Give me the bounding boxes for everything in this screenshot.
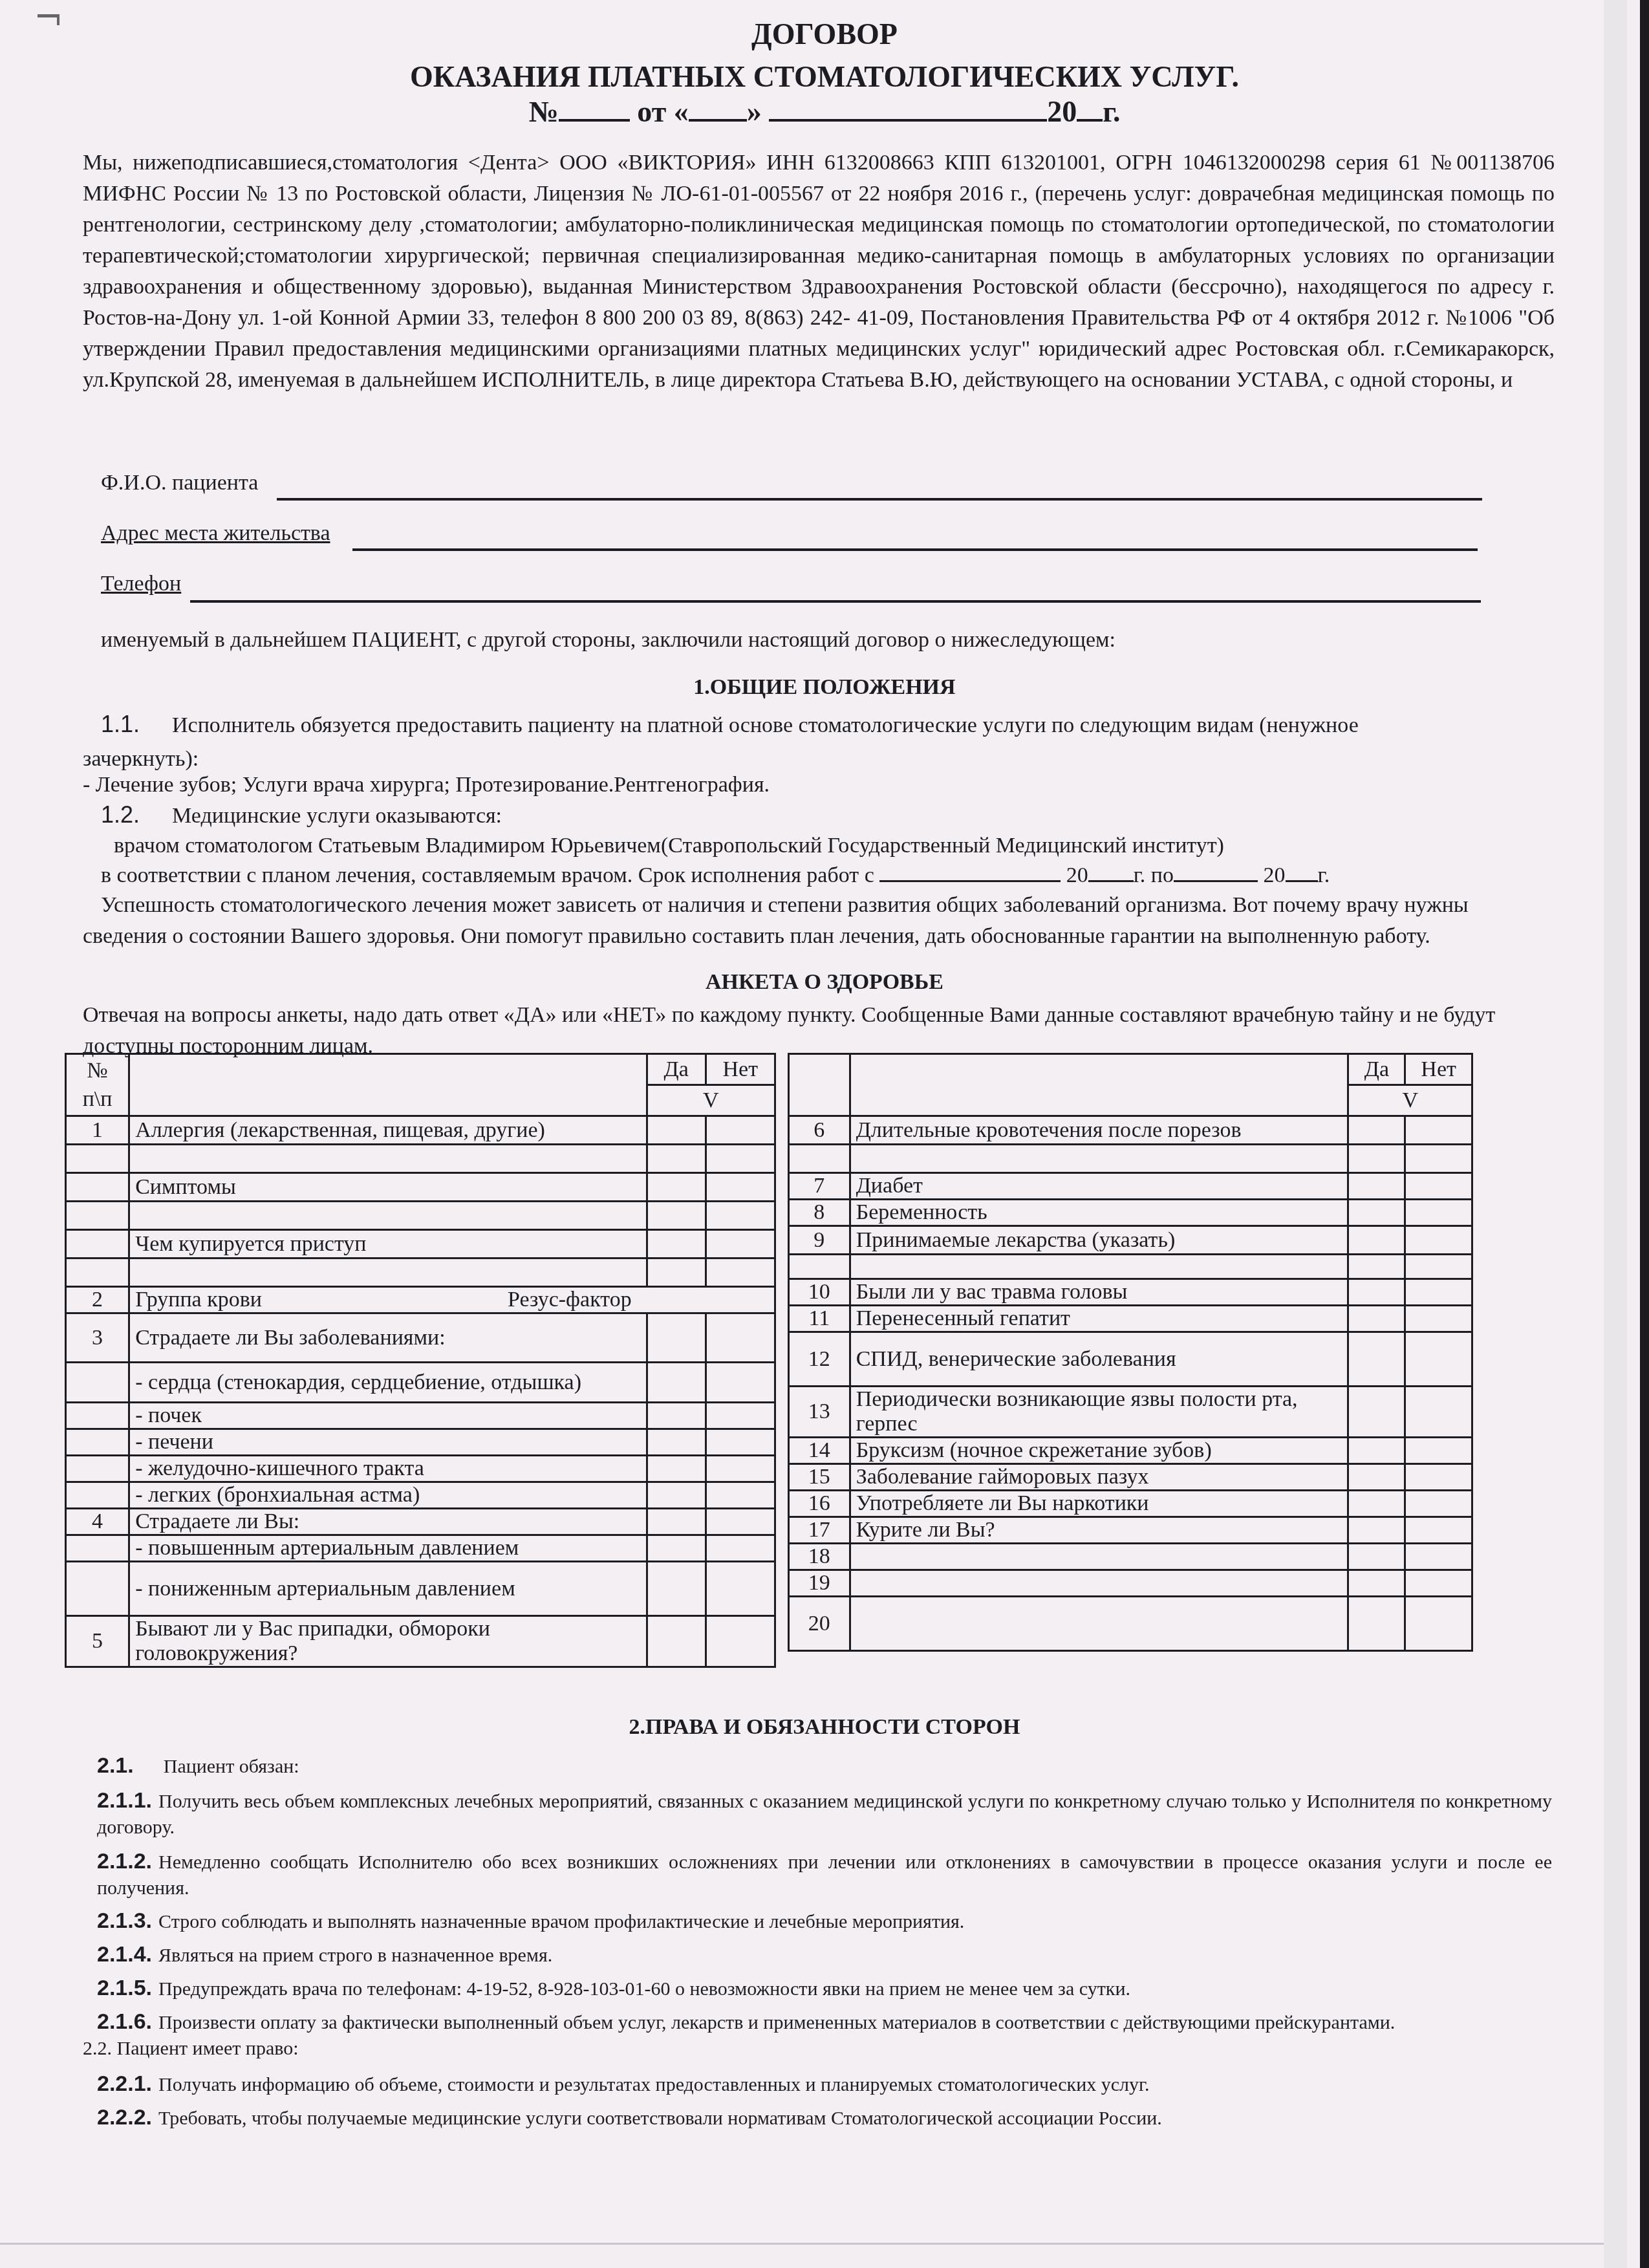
row-question: Были ли у вас травма головы [850, 1279, 1348, 1306]
day-field[interactable] [689, 93, 747, 122]
clause-1-1: 1.1.Исполнитель обязуется предоставить п… [101, 709, 1569, 741]
answer-no-cell[interactable] [706, 1403, 775, 1429]
doctor-info: врачом стоматологом Статьевым Владимиром… [114, 830, 1224, 861]
preamble-paragraph: Мы, нижеподписавшиеся,стоматология <Дент… [83, 147, 1555, 396]
row-number: 17 [789, 1517, 850, 1544]
row-number: 11 [789, 1306, 850, 1332]
row-number: 10 [789, 1279, 850, 1306]
answer-no-cell[interactable] [706, 1313, 775, 1363]
answer-yes-cell[interactable] [647, 1202, 706, 1230]
table-row: Симптомы [66, 1173, 775, 1202]
section-1-heading: 1.ОБЩИЕ ПОЛОЖЕНИЯ [0, 675, 1649, 700]
row-question [850, 1544, 1348, 1570]
row-question: Чем купируется приступ [129, 1230, 647, 1258]
patient-phone-label: Телефон [101, 572, 181, 596]
answer-no-cell[interactable] [1405, 1255, 1472, 1279]
answer-yes-cell[interactable] [647, 1116, 706, 1145]
patient-name-field[interactable] [277, 498, 1482, 501]
clause-text: Немедленно сообщать Исполнителю обо всех… [97, 1852, 1552, 1899]
row-question: Курите ли Вы? [850, 1517, 1348, 1544]
answer-yes-cell[interactable] [1348, 1517, 1405, 1544]
answer-yes-cell[interactable] [1348, 1570, 1405, 1597]
clause-1-2-text: Медицинские услуги оказываются: [172, 804, 502, 828]
column-header-number [789, 1054, 850, 1116]
clause-2-1-1: 2.1.1.Получить весь объем комплексных ле… [97, 1787, 1552, 1841]
row-question: Периодически возникающие язвы полости рт… [850, 1387, 1348, 1438]
answer-yes-cell[interactable] [647, 1456, 706, 1482]
row-question: - почек [129, 1403, 647, 1429]
answer-yes-cell[interactable] [1348, 1597, 1405, 1651]
row-question [129, 1258, 647, 1287]
row-number: 14 [789, 1438, 850, 1464]
table-row: 7Диабет [789, 1173, 1472, 1200]
row-number: 19 [789, 1570, 850, 1597]
table-row [66, 1145, 775, 1173]
clause-number: 2.1.3. [97, 1908, 152, 1933]
answer-yes-cell[interactable] [647, 1230, 706, 1258]
month-field[interactable] [769, 93, 1047, 122]
answer-no-cell[interactable] [1405, 1387, 1472, 1438]
patient-address-field[interactable] [352, 548, 1478, 551]
answer-no-cell[interactable] [706, 1173, 775, 1202]
health-importance-note: Успешность стоматологического лечения мо… [83, 890, 1531, 952]
scan-margin [1604, 0, 1627, 2268]
row-number: 1 [66, 1116, 129, 1145]
row-question: - повышенным артериальным давлением [129, 1535, 647, 1562]
answer-yes-cell[interactable] [1348, 1145, 1405, 1173]
row-question: Бывают ли у Вас припадки, обмороки голов… [129, 1616, 647, 1667]
answer-no-cell[interactable] [706, 1145, 775, 1173]
row-question: - пониженным артериальным давлением [129, 1562, 647, 1616]
answer-yes-cell[interactable] [647, 1562, 706, 1616]
answer-no-cell[interactable] [1405, 1464, 1472, 1491]
clause-2-1-6: 2.1.6.Произвести оплату за фактически вы… [97, 2009, 1552, 2036]
row-question [129, 1145, 647, 1173]
table-row: Чем купируется приступ [66, 1230, 775, 1258]
answer-yes-cell[interactable] [647, 1145, 706, 1173]
rhesus-factor-label: Резус-фактор [508, 1288, 632, 1312]
column-header-question [850, 1054, 1348, 1116]
table-row: 15Заболевание гайморовых пазух [789, 1464, 1472, 1491]
row-number [789, 1255, 850, 1279]
answer-yes-cell[interactable] [647, 1535, 706, 1562]
row-question: Группа кровиРезус-фактор [129, 1287, 775, 1313]
table-row: 6Длительные кровотечения после порезов [789, 1116, 1472, 1145]
check-mark-legend: V [647, 1085, 775, 1116]
answer-no-cell[interactable] [706, 1230, 775, 1258]
row-number [66, 1562, 129, 1616]
clause-number: 2.1.6. [97, 2009, 152, 2034]
table-header-row: ДаНет [789, 1054, 1472, 1085]
row-question [850, 1145, 1348, 1173]
table-row: 11Перенесенный гепатит [789, 1306, 1472, 1332]
blood-group-label: Группа крови [135, 1288, 262, 1312]
row-number [66, 1429, 129, 1456]
clause-patient-rights: 2.2. Пациент имеет право: [83, 2036, 1538, 2062]
answer-yes-cell[interactable] [647, 1258, 706, 1287]
answer-yes-cell[interactable] [1348, 1464, 1405, 1491]
row-number [66, 1173, 129, 1202]
table-row [66, 1258, 775, 1287]
row-question [850, 1597, 1348, 1651]
table-row: - легких (бронхиальная астма) [66, 1482, 775, 1509]
column-header-question [129, 1054, 647, 1116]
row-question: - легких (бронхиальная астма) [129, 1482, 647, 1509]
answer-no-cell[interactable] [1405, 1438, 1472, 1464]
patient-name-label: Ф.И.О. пациента [101, 471, 258, 495]
answer-no-cell[interactable] [1405, 1517, 1472, 1544]
row-question: Диабет [850, 1173, 1348, 1200]
services-list: - Лечение зубов; Услуги врача хирурга; П… [83, 770, 770, 801]
row-number: 16 [789, 1491, 850, 1517]
clause-text: Требовать, чтобы получаемые медицинские … [158, 2108, 1162, 2129]
column-header-no: Нет [706, 1054, 775, 1085]
answer-no-cell[interactable] [706, 1509, 775, 1535]
table-row: 3Страдаете ли Вы заболеваниями: [66, 1313, 775, 1363]
row-number: 5 [66, 1616, 129, 1667]
clause-1-1-number: 1.1. [101, 709, 172, 740]
row-number [789, 1145, 850, 1173]
table-row: 18 [789, 1544, 1472, 1570]
term-mid-text: г. по [1134, 863, 1174, 887]
table-row: - пониженным артериальным давлением [66, 1562, 775, 1616]
table-row: 14Бруксизм (ночное скрежетание зубов) [789, 1438, 1472, 1464]
table-header-row: № п\пДаНет [66, 1054, 775, 1085]
clause-text: Пациент обязан: [164, 1756, 299, 1777]
table-row: 4Страдаете ли Вы: [66, 1509, 775, 1535]
row-number [66, 1403, 129, 1429]
row-question [850, 1570, 1348, 1597]
term-end-year-prefix: 20 [1264, 863, 1286, 887]
answer-no-cell[interactable] [1405, 1306, 1472, 1332]
contract-number-date: № от «» 20г. [0, 93, 1649, 129]
table-row: 17Курите ли Вы? [789, 1517, 1472, 1544]
patient-intro: именуемый в дальнейшем ПАЦИЕНТ, с другой… [101, 625, 1115, 656]
year-suffix: г. [1103, 95, 1120, 128]
term-end-year-field[interactable] [1286, 861, 1318, 882]
table-row [66, 1202, 775, 1230]
clause-text: Получить весь объем комплексных лечебных… [97, 1791, 1552, 1838]
table-row: - желудочно-кишечного тракта [66, 1456, 775, 1482]
table-row: - печени [66, 1429, 775, 1456]
year-field[interactable] [1077, 93, 1103, 122]
clause-text: Предупреждать врача по телефонам: 4-19-5… [158, 1978, 1130, 2000]
answer-yes-cell[interactable] [647, 1313, 706, 1363]
document-title: ДОГОВОР [0, 17, 1649, 51]
answer-yes-cell[interactable] [1348, 1116, 1405, 1145]
clause-number: 2.1.5. [97, 1976, 152, 2000]
term-end-field[interactable] [1174, 861, 1258, 882]
table-row: - повышенным артериальным давлением [66, 1535, 775, 1562]
term-start-year-field[interactable] [1088, 861, 1134, 882]
column-header-yes: Да [1348, 1054, 1405, 1085]
answer-yes-cell[interactable] [647, 1403, 706, 1429]
row-number: 15 [789, 1464, 850, 1491]
answer-no-cell[interactable] [706, 1429, 775, 1456]
table-row: 13Периодически возникающие язвы полости … [789, 1387, 1472, 1438]
answer-no-cell[interactable] [706, 1616, 775, 1667]
row-question: Страдаете ли Вы: [129, 1509, 647, 1535]
row-question: Употребляете ли Вы наркотики [850, 1491, 1348, 1517]
answer-no-cell[interactable] [1405, 1173, 1472, 1200]
row-number: 12 [789, 1332, 850, 1387]
row-question: Заболевание гайморовых пазух [850, 1464, 1348, 1491]
answer-no-cell[interactable] [706, 1562, 775, 1616]
table-row: 2Группа кровиРезус-фактор [66, 1287, 775, 1313]
table-row [789, 1145, 1472, 1173]
answer-no-cell[interactable] [706, 1535, 775, 1562]
table-row: 8Беременность [789, 1200, 1472, 1226]
clause-text: Строго соблюдать и выполнять назначенные… [158, 1911, 964, 1932]
answer-no-cell[interactable] [1405, 1332, 1472, 1387]
treatment-term-text: в соответствии с планом лечения, составл… [101, 863, 874, 887]
clause-1-1-text: Исполнитель обязуется предоставить пацие… [172, 713, 1359, 737]
row-question: Аллергия (лекарственная, пищевая, другие… [129, 1116, 647, 1145]
row-number: 7 [789, 1173, 850, 1200]
row-question: Симптомы [129, 1173, 647, 1202]
table-row: 20 [789, 1597, 1472, 1651]
row-number [66, 1363, 129, 1403]
year-prefix: 20 [1047, 95, 1077, 128]
answer-yes-cell[interactable] [1348, 1279, 1405, 1306]
answer-no-cell[interactable] [1405, 1491, 1472, 1517]
questionnaire-heading: АНКЕТА О ЗДОРОВЬЕ [0, 970, 1649, 995]
clause-1-2: 1.2.Медицинские услуги оказываются: [101, 799, 502, 832]
clause-2-2-1: 2.2.1.Получать информацию об объеме, сто… [97, 2071, 1552, 2098]
row-number [66, 1258, 129, 1287]
clause-number: 2.2.1. [97, 2071, 152, 2096]
answer-yes-cell[interactable] [1348, 1173, 1405, 1200]
table-row: 12СПИД, венерические заболевания [789, 1332, 1472, 1387]
row-number [66, 1535, 129, 1562]
row-question: Принимаемые лекарства (указать) [850, 1226, 1348, 1255]
row-question: Перенесенный гепатит [850, 1306, 1348, 1332]
table-row: 5Бывают ли у Вас припадки, обмороки голо… [66, 1616, 775, 1667]
row-question [850, 1255, 1348, 1279]
answer-no-cell[interactable] [1405, 1200, 1472, 1226]
answer-yes-cell[interactable] [1348, 1306, 1405, 1332]
row-number: 18 [789, 1544, 850, 1570]
questionnaire-table-right: ДаНетV6Длительные кровотечения после пор… [788, 1053, 1473, 1652]
answer-no-cell[interactable] [706, 1363, 775, 1403]
term-end-suffix: г. [1318, 863, 1330, 887]
answer-no-cell[interactable] [1405, 1116, 1472, 1145]
row-number: 4 [66, 1509, 129, 1535]
row-number: 8 [789, 1200, 850, 1226]
row-number [66, 1230, 129, 1258]
clause-text: Произвести оплату за фактически выполнен… [158, 2012, 1395, 2033]
row-number: 20 [789, 1597, 850, 1651]
patient-phone-field[interactable] [190, 600, 1481, 603]
questionnaire-table-left: № п\пДаНетV1Аллергия (лекарственная, пищ… [65, 1053, 776, 1668]
patient-address-label: Адрес места жительства [101, 521, 330, 546]
answer-yes-cell[interactable] [1348, 1438, 1405, 1464]
answer-no-cell[interactable] [1405, 1145, 1472, 1173]
row-number [66, 1482, 129, 1509]
number-label: № [529, 95, 559, 128]
row-question: Бруксизм (ночное скрежетание зубов) [850, 1438, 1348, 1464]
row-question: - желудочно-кишечного тракта [129, 1456, 647, 1482]
answer-yes-cell[interactable] [1348, 1387, 1405, 1438]
clause-text: Являться на прием строго в назначенное в… [158, 1945, 552, 1966]
row-number [66, 1145, 129, 1173]
date-from-label: от « [637, 95, 689, 128]
scan-edge [1640, 0, 1649, 2268]
row-number: 13 [789, 1387, 850, 1438]
answer-yes-cell[interactable] [1348, 1332, 1405, 1387]
clause-2-1-3: 2.1.3.Строго соблюдать и выполнять назна… [97, 1908, 1552, 1935]
clause-1-2-number: 1.2. [101, 799, 172, 830]
row-number: 2 [66, 1287, 129, 1313]
clause-2-2-2: 2.2.2.Требовать, чтобы получаемые медици… [97, 2104, 1552, 2132]
section-2-heading: 2.ПРАВА И ОБЯЗАННОСТИ СТОРОН [0, 1715, 1649, 1740]
clause-number: 2.1.2. [97, 1849, 152, 1874]
table-row: 10Были ли у вас травма головы [789, 1279, 1472, 1306]
clause-2-1: 2.1.Пациент обязан: [97, 1753, 1552, 1780]
row-question: Беременность [850, 1200, 1348, 1226]
contract-number-field[interactable] [559, 93, 630, 122]
row-question: Длительные кровотечения после порезов [850, 1116, 1348, 1145]
check-mark-legend: V [1348, 1085, 1472, 1116]
row-question [129, 1202, 647, 1230]
row-question: - печени [129, 1429, 647, 1456]
answer-no-cell[interactable] [706, 1258, 775, 1287]
table-row [789, 1255, 1472, 1279]
term-start-year-prefix: 20 [1066, 863, 1088, 887]
table-row: - сердца (стенокардия, сердцебиение, отд… [66, 1363, 775, 1403]
answer-yes-cell[interactable] [1348, 1491, 1405, 1517]
table-row: 1Аллергия (лекарственная, пищевая, други… [66, 1116, 775, 1145]
row-number: 9 [789, 1226, 850, 1255]
answer-no-cell[interactable] [706, 1482, 775, 1509]
row-question: Страдаете ли Вы заболеваниями: [129, 1313, 647, 1363]
row-number [66, 1202, 129, 1230]
column-header-no: Нет [1405, 1054, 1472, 1085]
clause-text: Получать информацию об объеме, стоимости… [158, 2074, 1149, 2095]
answer-yes-cell[interactable] [647, 1482, 706, 1509]
answer-yes-cell[interactable] [647, 1509, 706, 1535]
clause-number: 2.1.4. [97, 1942, 152, 1967]
answer-yes-cell[interactable] [1348, 1226, 1405, 1255]
term-start-field[interactable] [879, 861, 1061, 882]
table-row: 16Употребляете ли Вы наркотики [789, 1491, 1472, 1517]
row-number: 6 [789, 1116, 850, 1145]
answer-no-cell[interactable] [706, 1202, 775, 1230]
row-question: СПИД, венерические заболевания [850, 1332, 1348, 1387]
clause-2-1-5: 2.1.5.Предупреждать врача по телефонам: … [97, 1975, 1552, 2002]
answer-yes-cell[interactable] [1348, 1544, 1405, 1570]
answer-yes-cell[interactable] [647, 1616, 706, 1667]
table-row: - почек [66, 1403, 775, 1429]
answer-yes-cell[interactable] [647, 1429, 706, 1456]
answer-no-cell[interactable] [1405, 1279, 1472, 1306]
clause-2-1-4: 2.1.4.Являться на прием строго в назначе… [97, 1941, 1552, 1969]
answer-no-cell[interactable] [706, 1456, 775, 1482]
table-row: 19 [789, 1570, 1472, 1597]
answer-no-cell[interactable] [1405, 1597, 1472, 1651]
answer-yes-cell[interactable] [1348, 1200, 1405, 1226]
document-subtitle: ОКАЗАНИЯ ПЛАТНЫХ СТОМАТОЛОГИЧЕСКИХ УСЛУГ… [0, 59, 1649, 94]
answer-yes-cell[interactable] [647, 1363, 706, 1403]
answer-no-cell[interactable] [1405, 1570, 1472, 1597]
treatment-term: в соответствии с планом лечения, составл… [101, 860, 1330, 891]
row-number [66, 1456, 129, 1482]
clause-number: 2.1.1. [97, 1788, 152, 1813]
clause-number: 2.2.2. [97, 2105, 152, 2130]
clause-text: 2.2. Пациент имеет право: [83, 2038, 299, 2059]
column-header-yes: Да [647, 1054, 706, 1085]
clause-number: 2.1. [97, 1753, 134, 1778]
row-question: - сердца (стенокардия, сердцебиение, отд… [129, 1363, 647, 1403]
table-row: 9Принимаемые лекарства (указать) [789, 1226, 1472, 1255]
answer-no-cell[interactable] [1405, 1544, 1472, 1570]
column-header-number: № п\п [66, 1054, 129, 1116]
clause-2-1-2: 2.1.2.Немедленно сообщать Исполнителю об… [97, 1848, 1552, 1901]
answer-yes-cell[interactable] [1348, 1255, 1405, 1279]
date-close-quote: » [747, 95, 762, 128]
row-number: 3 [66, 1313, 129, 1363]
answer-yes-cell[interactable] [647, 1173, 706, 1202]
answer-no-cell[interactable] [706, 1116, 775, 1145]
answer-no-cell[interactable] [1405, 1226, 1472, 1255]
